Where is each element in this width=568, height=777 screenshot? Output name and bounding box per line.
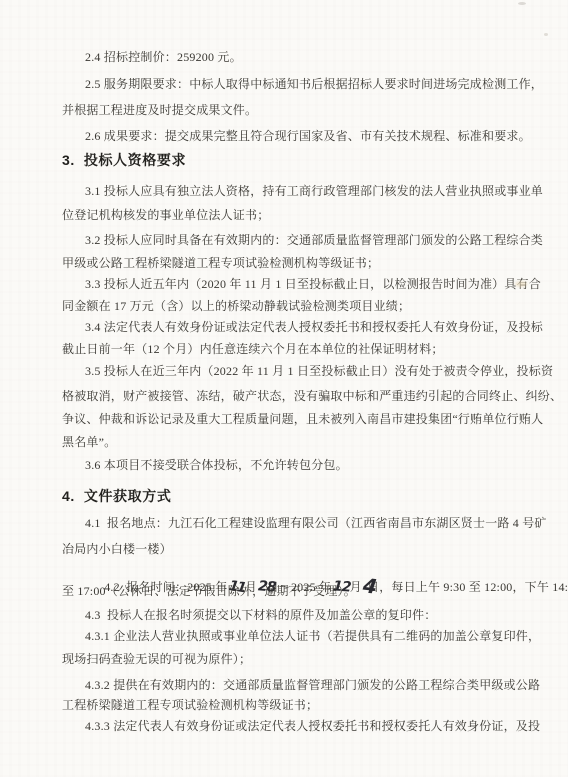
section-heading-4: 4. 文件获取方式	[62, 486, 171, 506]
scan-artifact	[544, 33, 548, 36]
section-heading-3: 3. 投标人资格要求	[62, 150, 186, 170]
text-line-4-3-3: 4.3.3 法定代表人有效身份证或法定代表人授权委托书和授权委托人有效身份证，及…	[85, 719, 540, 734]
text-line-3-3-1: 3.3 投标人近五年内（2020 年 11 月 1 日至投标截止日，以检测报告时…	[85, 277, 541, 292]
text-line-2-5-1: 2.5 服务期限要求：中标人取得中标通知书后根据招标人要求时间进场完成检测工作，	[85, 77, 543, 92]
text-line-2-5-2: 并根据工程进度及时提交成果文件。	[62, 103, 257, 118]
text-line-4-2-2: 至 17:00（公休日、法定节假日除外，逾期不予受理）。	[62, 584, 356, 599]
text-line-3-2-2: 甲级或公路工程桥梁隧道工程专项试验检测机构等级证书；	[62, 256, 379, 271]
text-line-3-1-2: 位登记机构核发的事业单位法人证书；	[62, 208, 269, 223]
text-line-2-6: 2.6 成果要求：提交成果完整且符合现行国家及省、市有关技术规程、标准和要求。	[85, 129, 531, 144]
text-line-3-4-1: 3.4 法定代表人有效身份证或法定代表人授权委托书和授权委托人有效身份证，及投标	[85, 320, 543, 335]
text-line-3-6: 3.6 本项目不接受联合体投标，不允许转包分包。	[85, 458, 348, 473]
text-line-3-3-2: 同金额在 17 万元（含）以上的桥梁动静载试验检测类项目业绩；	[62, 299, 410, 314]
text-line-4-3-1-2: 现场扫码查验无误的可视为原件）；	[62, 652, 251, 667]
text-line-3-1-1: 3.1 投标人应具有独立法人资格，持有工商行政管理部门核发的法人营业执照或事业单	[85, 184, 543, 199]
text-line-4-3-2-2: 工程桥梁隧道工程专项试验检测机构等级证书；	[62, 698, 318, 713]
text-line-2-4: 2.4 招标控制价：259200 元。	[85, 50, 242, 65]
text-line-4-3-2-1: 4.3.2 提供在有效期内的：交通部质量监督管理部门颁发的公路工程综合类甲级或公…	[85, 678, 540, 693]
handwritten-end-day: 4	[362, 578, 378, 595]
text-line-3-5-2: 格被取消，财产被接管、冻结，破产状态，没有骗取中标和严重违约引起的合同终止、纠纷…	[62, 389, 562, 404]
text-line-3-2-1: 3.2 投标人应同时具备在有效期内的：交通部质量监督管理部门颁发的公路工程综合类	[85, 233, 543, 248]
text-line-3-5-4: 黑名单”。	[62, 435, 116, 450]
text-line-4-3: 4.3 投标人在报名时须提交以下材料的原件及加盖公章的复印件：	[85, 608, 436, 623]
document-content: 2.4 招标控制价：259200 元。 2.5 服务期限要求：中标人取得中标通知…	[62, 0, 532, 777]
text-line-3-4-2: 截止日前一年（12 个月）内任意连续六个月在本单位的社保证明材料；	[62, 342, 444, 357]
text-line-4-1-1: 4.1 报名地点：九江石化工程建设监理有限公司（江西省南昌市东湖区贤士一路 4 …	[85, 516, 547, 531]
text-line-4-3-1-1: 4.3.1 企业法人营业执照或事业单位法人证书（若提供具有二维码的加盖公章复印件…	[85, 629, 540, 644]
text-line-3-5-3: 争议、仲裁和诉讼记录及重大工程质量问题，且未被列入南昌市建投集团“行贿单位行贿人	[62, 412, 543, 427]
printed-date-suffix: 日，每日上午 9:30 至 12:00，下午 14:30	[367, 580, 568, 594]
text-line-3-5-1: 3.5 投标人在近三年内（2022 年 11 月 1 日至投标截止日）没有处于被…	[85, 364, 553, 379]
text-line-4-1-2: 冶局内小白楼一楼）	[62, 542, 172, 557]
scanned-document-page: 2.4 招标控制价：259200 元。 2.5 服务期限要求：中标人取得中标通知…	[0, 0, 568, 777]
